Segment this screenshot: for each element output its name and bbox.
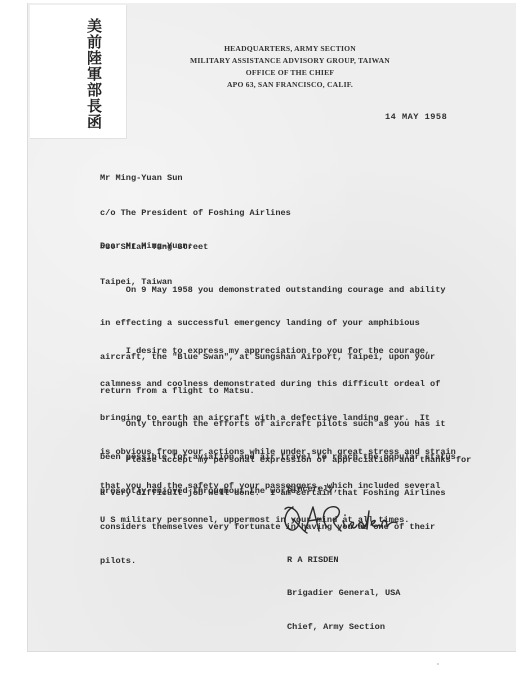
- recipient-name: Mr Ming-Yuan Sun: [100, 173, 291, 185]
- signer-name: R A RISDEN: [287, 555, 400, 566]
- chinese-annotation: 美前陸軍部長函: [80, 18, 102, 130]
- signer-title: Brigadier General, USA: [287, 588, 400, 599]
- paragraph-line: Please accept my personal expression of …: [100, 455, 471, 466]
- paragraph-line: Only through the efforts of aircraft pil…: [100, 419, 456, 430]
- paragraph-line: I desire to express my appreciation to y…: [100, 346, 456, 357]
- signature-block: R A RISDEN Brigadier General, USA Chief,…: [287, 532, 400, 645]
- letterhead-line-2: MILITARY ASSISTANCE ADVISORY GROUP, TAIW…: [150, 55, 430, 67]
- letterhead: HEADQUARTERS, ARMY SECTION MILITARY ASSI…: [150, 43, 430, 91]
- paragraph-line: calmness and coolness demonstrated durin…: [100, 379, 456, 390]
- letterhead-line-1: HEADQUARTERS, ARMY SECTION: [150, 43, 430, 55]
- letterhead-line-4: APO 63, SAN FRANCISCO, CALIF.: [150, 79, 430, 91]
- recipient-care-of: c/o The President of Foshing Airlines: [100, 208, 291, 220]
- paragraph-line: pilots.: [100, 556, 471, 567]
- signer-position: Chief, Army Section: [287, 622, 400, 633]
- salutation: Dear Mr Ming-Yuan:: [100, 241, 193, 251]
- handwritten-signature: [279, 497, 399, 537]
- letterhead-line-3: OFFICE OF THE CHIEF: [150, 67, 430, 79]
- archive-label: [30, 5, 127, 139]
- closing: Sincerely,: [287, 484, 339, 494]
- paragraph-line: On 9 May 1958 you demonstrated outstandi…: [100, 285, 446, 296]
- scan-speck: [437, 663, 439, 665]
- letter-date: 14 MAY 1958: [385, 112, 447, 122]
